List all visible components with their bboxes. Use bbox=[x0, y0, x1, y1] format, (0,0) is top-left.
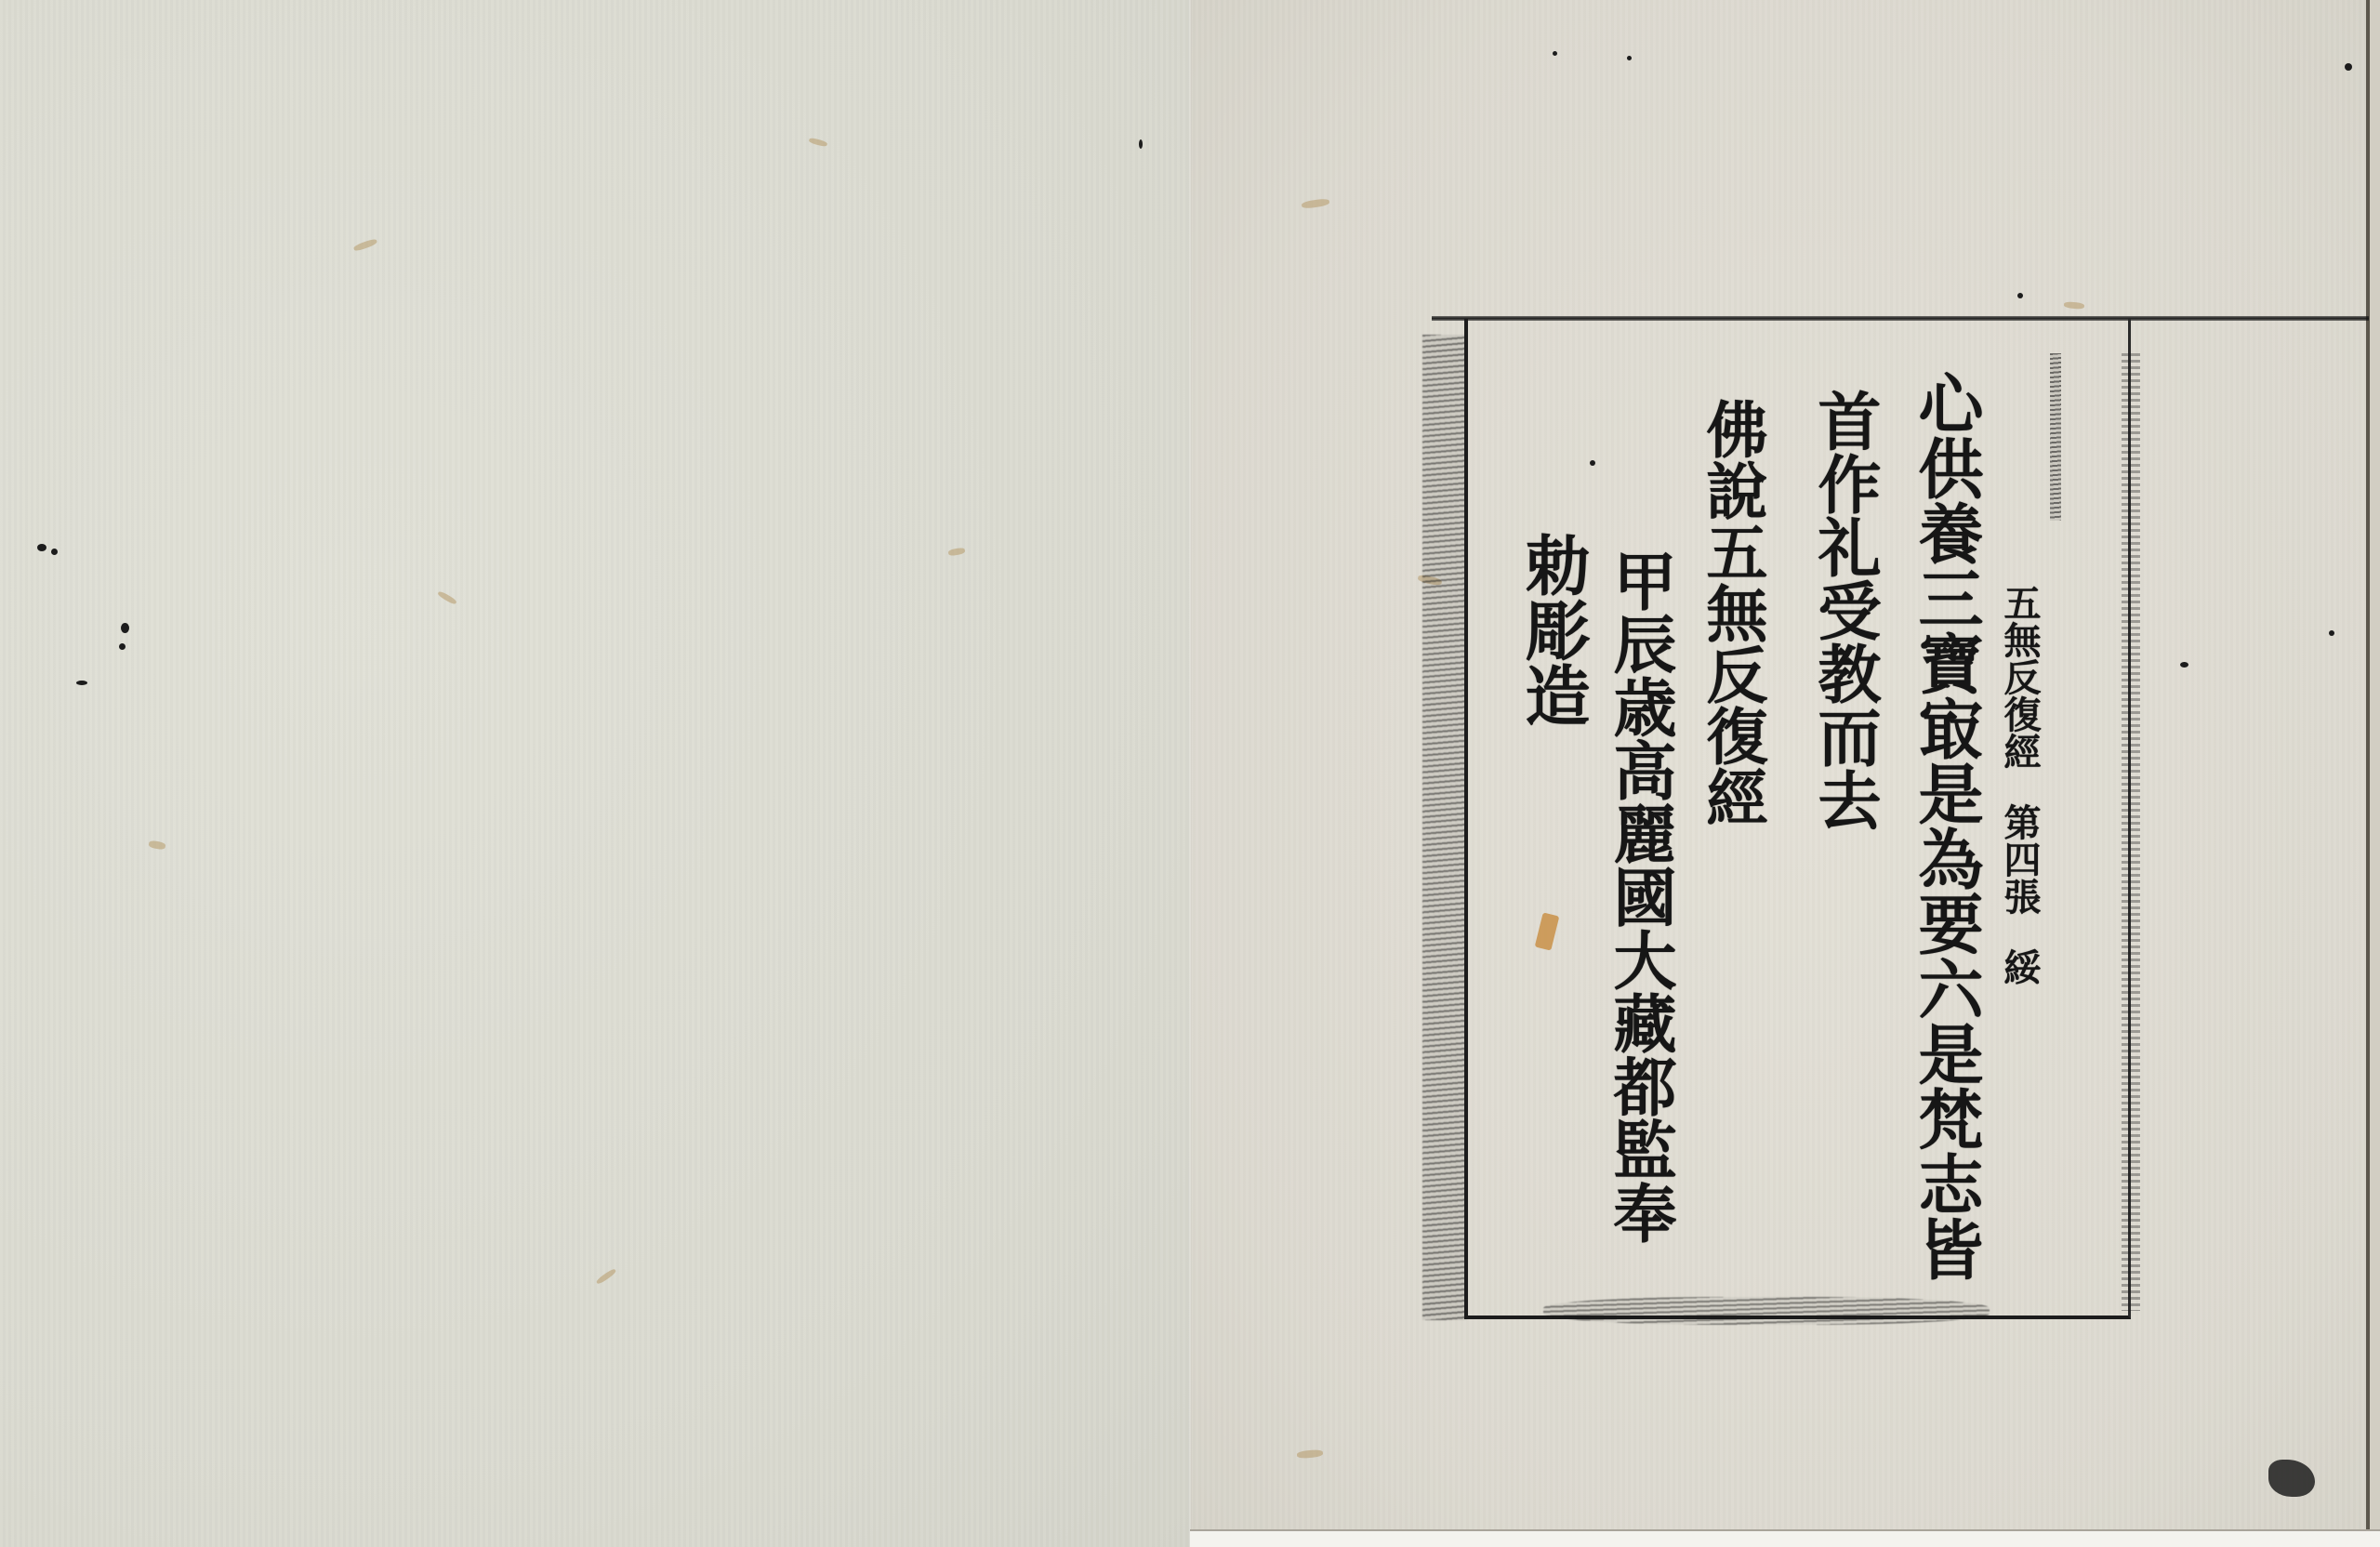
frame-left-ink-smudge bbox=[1422, 335, 1467, 1320]
right-page-edge bbox=[2366, 0, 2370, 1529]
ink-speck bbox=[2329, 630, 2334, 636]
margin-mark: 綏 bbox=[1998, 948, 2042, 985]
frame-bottom-ink-smudge bbox=[1543, 1297, 1990, 1325]
ink-speck bbox=[121, 623, 129, 633]
ink-speck bbox=[37, 544, 46, 551]
ink-speck bbox=[1553, 51, 1557, 56]
frame-inner-ink-trace bbox=[2050, 353, 2061, 521]
ink-speck bbox=[2017, 293, 2023, 298]
page-fold bbox=[1188, 0, 1192, 1547]
text-column-3: 佛說五無反復經 bbox=[1701, 398, 1763, 827]
margin-sheet-number: 第四張 bbox=[1998, 803, 2042, 915]
text-column-4: 甲辰歳高麗國大藏都監奉 bbox=[1608, 549, 1672, 1244]
ink-speck bbox=[1139, 139, 1143, 149]
ink-speck bbox=[1627, 56, 1632, 60]
ink-speck bbox=[51, 549, 58, 555]
right-margin-strip bbox=[2370, 0, 2380, 1529]
ink-speck bbox=[76, 681, 87, 685]
margin-title: 五無反復經 bbox=[1998, 584, 2042, 770]
text-column-5: 勅彫造 bbox=[1520, 532, 1585, 727]
text-column-1: 心供養三寶㝡是為要六是梵志皆 bbox=[1913, 370, 1978, 1281]
frame-right-ink-trace bbox=[2122, 353, 2140, 1311]
margin-column: 五無反復經第四張綏 bbox=[2001, 584, 2038, 985]
ink-speck bbox=[119, 643, 126, 650]
left-page bbox=[0, 0, 1190, 1547]
page-bottom-edge bbox=[1190, 1529, 2380, 1547]
ink-speck bbox=[2345, 63, 2352, 71]
text-column-2: 首作礼受教而去 bbox=[1813, 389, 1876, 831]
ink-speck bbox=[2180, 662, 2188, 668]
